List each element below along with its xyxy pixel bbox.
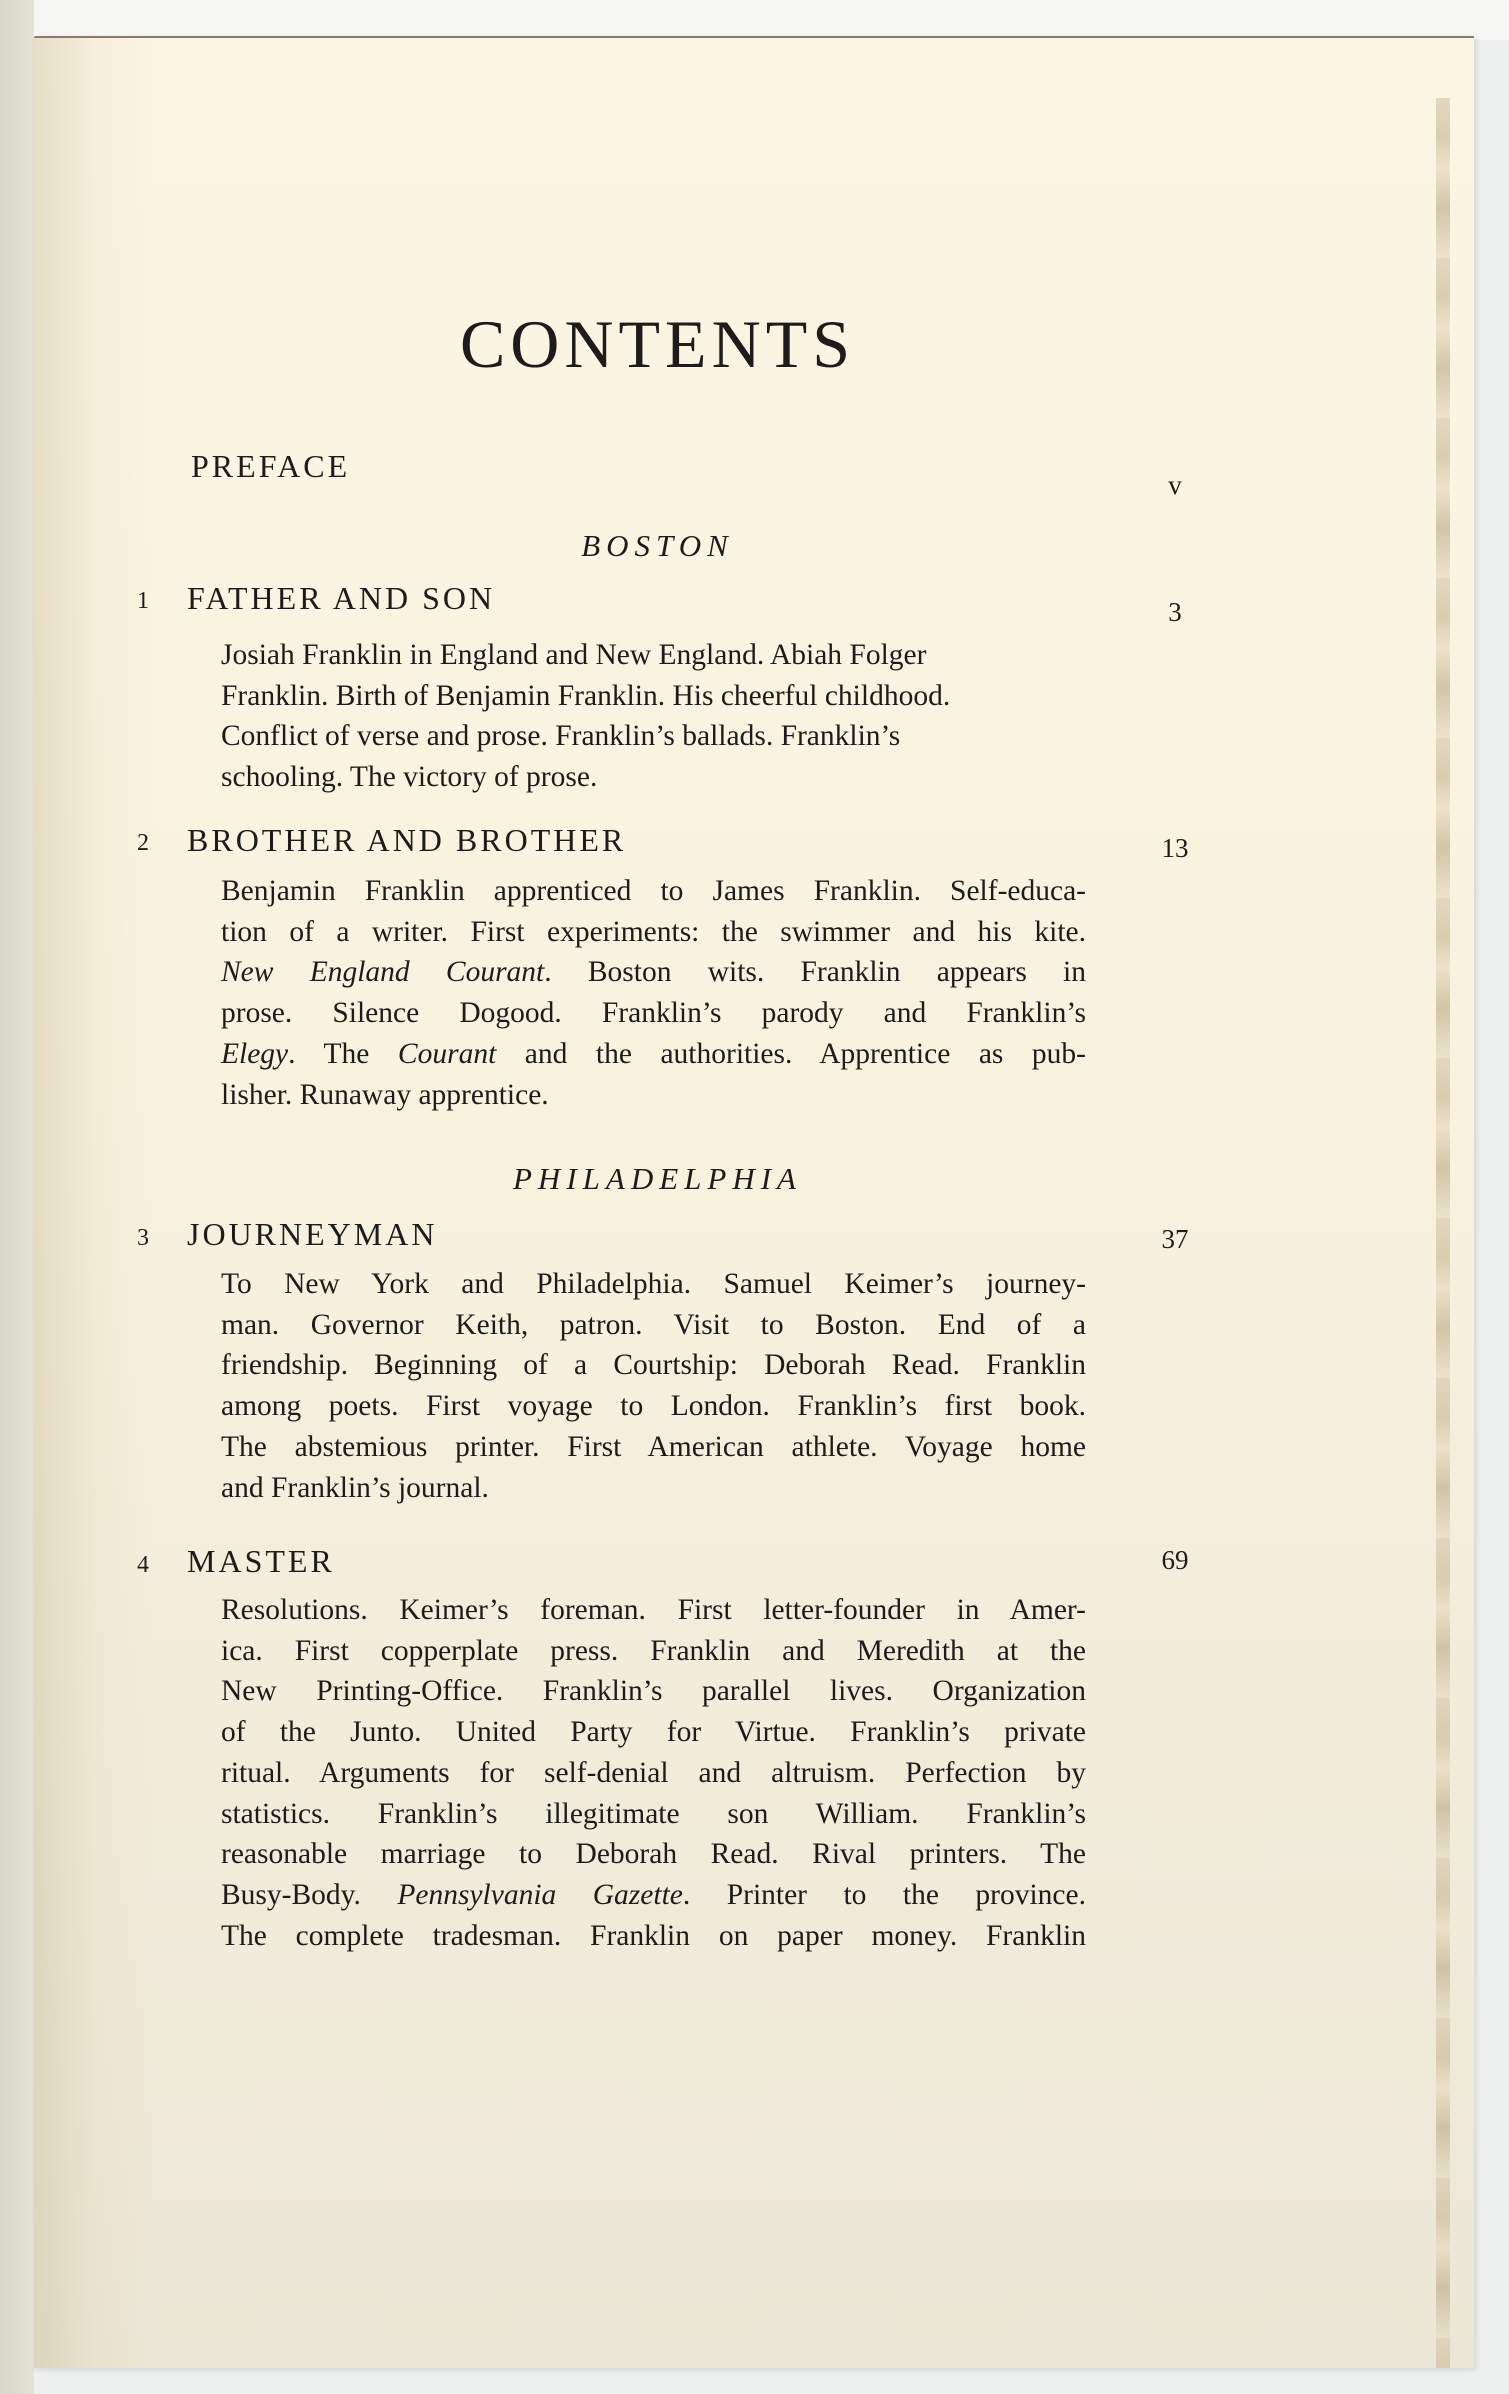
description-line: Resolutions. Keimer’s foreman. First let… xyxy=(221,1590,1086,1631)
description-line: The abstemious printer. First American a… xyxy=(221,1427,1086,1468)
description-line: New England Courant. Boston wits. Frankl… xyxy=(221,952,1086,993)
description-line: New Printing-Office. Franklin’s parallel… xyxy=(221,1671,1086,1712)
chapter-title: FATHER AND SON xyxy=(187,580,495,617)
description-line: Conflict of verse and prose. Franklin’s … xyxy=(221,716,1086,757)
chapter-title: MASTER xyxy=(187,1543,335,1580)
chapter-page-number: 37 xyxy=(1140,1224,1210,1255)
chapter-page-number: 69 xyxy=(1140,1545,1210,1576)
description-line: schooling. The victory of prose. xyxy=(221,757,1086,798)
italic-title: Elegy xyxy=(221,1038,288,1070)
chapter-description: Josiah Franklin in England and New Engla… xyxy=(221,635,1086,798)
page-title: CONTENTS xyxy=(0,305,1315,384)
description-line: lisher. Runaway apprentice. xyxy=(221,1075,1086,1116)
chapter-number: 3 xyxy=(128,1225,158,1252)
chapter-title: JOURNEYMAN xyxy=(187,1216,437,1253)
chapter-number: 1 xyxy=(128,588,158,615)
description-line: reasonable marriage to Deborah Read. Riv… xyxy=(221,1834,1086,1875)
background-surface xyxy=(34,0,1509,40)
description-line: Elegy. The Courant and the authorities. … xyxy=(221,1034,1086,1075)
book-page xyxy=(34,36,1474,2368)
chapter-description: Resolutions. Keimer’s foreman. First let… xyxy=(221,1590,1086,1956)
description-line: statistics. Franklin’s illegitimate son … xyxy=(221,1794,1086,1835)
description-line: prose. Silence Dogood. Franklin’s parody… xyxy=(221,993,1086,1034)
section-heading-philadelphia: PHILADELPHIA xyxy=(0,1161,1315,1197)
description-line: Benjamin Franklin apprenticed to James F… xyxy=(221,871,1086,912)
chapter-number: 2 xyxy=(128,830,158,857)
chapter-description: Benjamin Franklin apprenticed to James F… xyxy=(221,871,1086,1115)
description-line: among poets. First voyage to London. Fra… xyxy=(221,1386,1086,1427)
description-line: Busy-Body. Pennsylvania Gazette. Printer… xyxy=(221,1875,1086,1916)
italic-title: New England Courant xyxy=(221,956,544,988)
italic-title: Pennsylvania Gazette xyxy=(397,1879,683,1911)
description-line: Franklin. Birth of Benjamin Franklin. Hi… xyxy=(221,676,1086,717)
deckled-page-edge xyxy=(1436,98,1450,2368)
description-line: The complete tradesman. Franklin on pape… xyxy=(221,1916,1086,1957)
chapter-description: To New York and Philadelphia. Samuel Kei… xyxy=(221,1264,1086,1508)
description-line: ritual. Arguments for self-denial and al… xyxy=(221,1753,1086,1794)
chapter-title: BROTHER AND BROTHER xyxy=(187,822,626,859)
description-line: To New York and Philadelphia. Samuel Kei… xyxy=(221,1264,1086,1305)
section-heading-boston: BOSTON xyxy=(0,528,1315,564)
description-line: friendship. Beginning of a Courtship: De… xyxy=(221,1345,1086,1386)
description-line: Josiah Franklin in England and New Engla… xyxy=(221,635,1086,676)
description-line: tion of a writer. First experiments: the… xyxy=(221,912,1086,953)
description-line: and Franklin’s journal. xyxy=(221,1468,1086,1509)
chapter-page-number: 3 xyxy=(1140,597,1210,628)
page-number-preface: v xyxy=(1140,470,1210,501)
italic-title: Courant xyxy=(398,1038,496,1070)
chapter-number: 4 xyxy=(128,1552,158,1579)
chapter-page-number: 13 xyxy=(1140,833,1210,864)
description-line: ica. First copperplate press. Franklin a… xyxy=(221,1631,1086,1672)
description-line: man. Governor Keith, patron. Visit to Bo… xyxy=(221,1305,1086,1346)
toc-entry-preface: PREFACE xyxy=(191,448,350,485)
description-line: of the Junto. United Party for Virtue. F… xyxy=(221,1712,1086,1753)
